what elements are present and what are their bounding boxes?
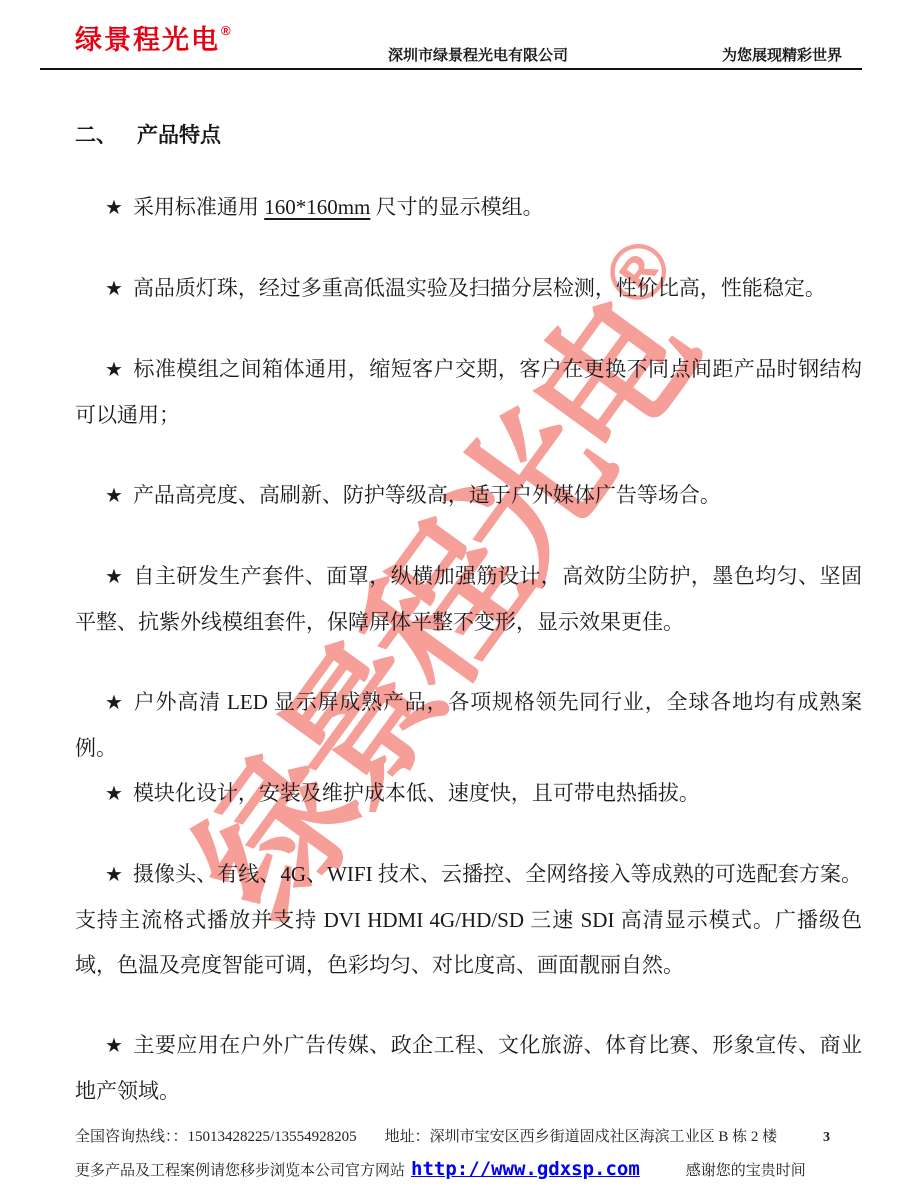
page-footer: 全国咨询热线：：15013428225/13554928205 地址：深圳市宝安…	[75, 1122, 862, 1187]
bullet-text: 自主研发生产套件、面罩，纵横加强筋设计，高效防尘防护，墨色均匀、坚固平整、抗紫外…	[75, 564, 862, 634]
bullet-text: 产品高亮度、高刷新、防护等级高，适于户外媒体广告等场合。	[133, 483, 721, 507]
bullet-text: 标准模组之间箱体通用，缩短客户交期，客户在更换不同点间距产品时钢结构可以通用；	[75, 357, 862, 427]
feature-bullet: ★摄像头、有线、4G、WIFI 技术、云播控、全网络接入等成熟的可选配套方案。支…	[75, 852, 862, 988]
footer-website-line: 更多产品及工程案例请您移步浏览本公司官方网站 http://www.gdxsp.…	[75, 1153, 862, 1187]
star-icon: ★	[105, 1035, 123, 1057]
star-icon: ★	[105, 278, 123, 300]
section-title: 二、产品特点	[75, 122, 862, 148]
header-divider	[40, 68, 862, 70]
header-slogan: 为您展现精彩世界	[722, 44, 842, 65]
document-page: 绿景程光电® 深圳市绿景程光电有限公司 为您展现精彩世界 绿景程光电® 二、产品…	[0, 0, 900, 1204]
company-address: 地址：深圳市宝安区西乡街道固戍社区海滨工业区 B 栋 2 楼	[385, 1122, 778, 1152]
bullet-text: 户外高清 LED 显示屏成熟产品，各项规格领先同行业，全球各地均有成熟案例。	[75, 690, 862, 760]
bullet-text: 摄像头、有线、4G、WIFI 技术、云播控、全网络接入等成熟的可选配套方案。支持…	[75, 862, 862, 977]
footer-contact-line: 全国咨询热线：：15013428225/13554928205 地址：深圳市宝安…	[75, 1122, 862, 1153]
section-number: 二、	[75, 123, 117, 147]
website-prompt: 更多产品及工程案例请您移步浏览本公司官方网站	[75, 1155, 405, 1187]
star-icon: ★	[105, 566, 123, 588]
star-icon: ★	[105, 864, 123, 886]
company-logo: 绿景程光电®	[75, 18, 231, 57]
registered-trademark-icon: ®	[221, 23, 231, 38]
page-number: 3	[823, 1123, 830, 1153]
company-name: 深圳市绿景程光电有限公司	[388, 44, 568, 65]
star-icon: ★	[105, 485, 123, 507]
feature-bullet: ★模块化设计，安装及维护成本低、速度快，且可带电热插拔。	[75, 771, 862, 817]
bullet-text: 采用标准通用	[133, 195, 264, 219]
logo-text: 绿景程光电	[75, 25, 220, 55]
bullet-text: 高品质灯珠，经过多重高低温实验及扫描分层检测，性价比高，性能稳定。	[133, 276, 826, 300]
star-icon: ★	[105, 359, 123, 381]
bullet-text: 模块化设计，安装及维护成本低、速度快，且可带电热插拔。	[133, 781, 700, 805]
star-icon: ★	[105, 197, 123, 219]
thanks-text: 感谢您的宝贵时间	[686, 1155, 806, 1187]
underlined-text: 160*160mm	[264, 195, 370, 219]
feature-bullet: ★高品质灯珠，经过多重高低温实验及扫描分层检测，性价比高，性能稳定。	[75, 266, 862, 312]
section-title-text: 产品特点	[137, 123, 221, 147]
website-link[interactable]: http://www.gdxsp.com	[411, 1153, 640, 1185]
bullet-text: 尺寸的显示模组。	[370, 195, 543, 219]
star-icon: ★	[105, 692, 124, 714]
document-body: 二、产品特点 ★采用标准通用 160*160mm 尺寸的显示模组。★高品质灯珠，…	[75, 122, 862, 1149]
star-icon: ★	[105, 783, 123, 805]
feature-bullet: ★产品高亮度、高刷新、防护等级高，适于户外媒体广告等场合。	[75, 473, 862, 519]
bullet-text: 主要应用在户外广告传媒、政企工程、文化旅游、体育比赛、形象宣传、商业地产领域。	[75, 1033, 862, 1103]
bullet-list: ★采用标准通用 160*160mm 尺寸的显示模组。★高品质灯珠，经过多重高低温…	[75, 185, 862, 1114]
hotline-numbers: 全国咨询热线：：15013428225/13554928205	[75, 1122, 357, 1152]
feature-bullet: ★户外高清 LED 显示屏成熟产品，各项规格领先同行业，全球各地均有成熟案例。	[75, 680, 862, 771]
feature-bullet: ★采用标准通用 160*160mm 尺寸的显示模组。	[75, 185, 862, 231]
feature-bullet: ★自主研发生产套件、面罩，纵横加强筋设计，高效防尘防护，墨色均匀、坚固平整、抗紫…	[75, 554, 862, 645]
feature-bullet: ★主要应用在户外广告传媒、政企工程、文化旅游、体育比赛、形象宣传、商业地产领域。	[75, 1023, 862, 1114]
feature-bullet: ★标准模组之间箱体通用，缩短客户交期，客户在更换不同点间距产品时钢结构可以通用；	[75, 347, 862, 438]
